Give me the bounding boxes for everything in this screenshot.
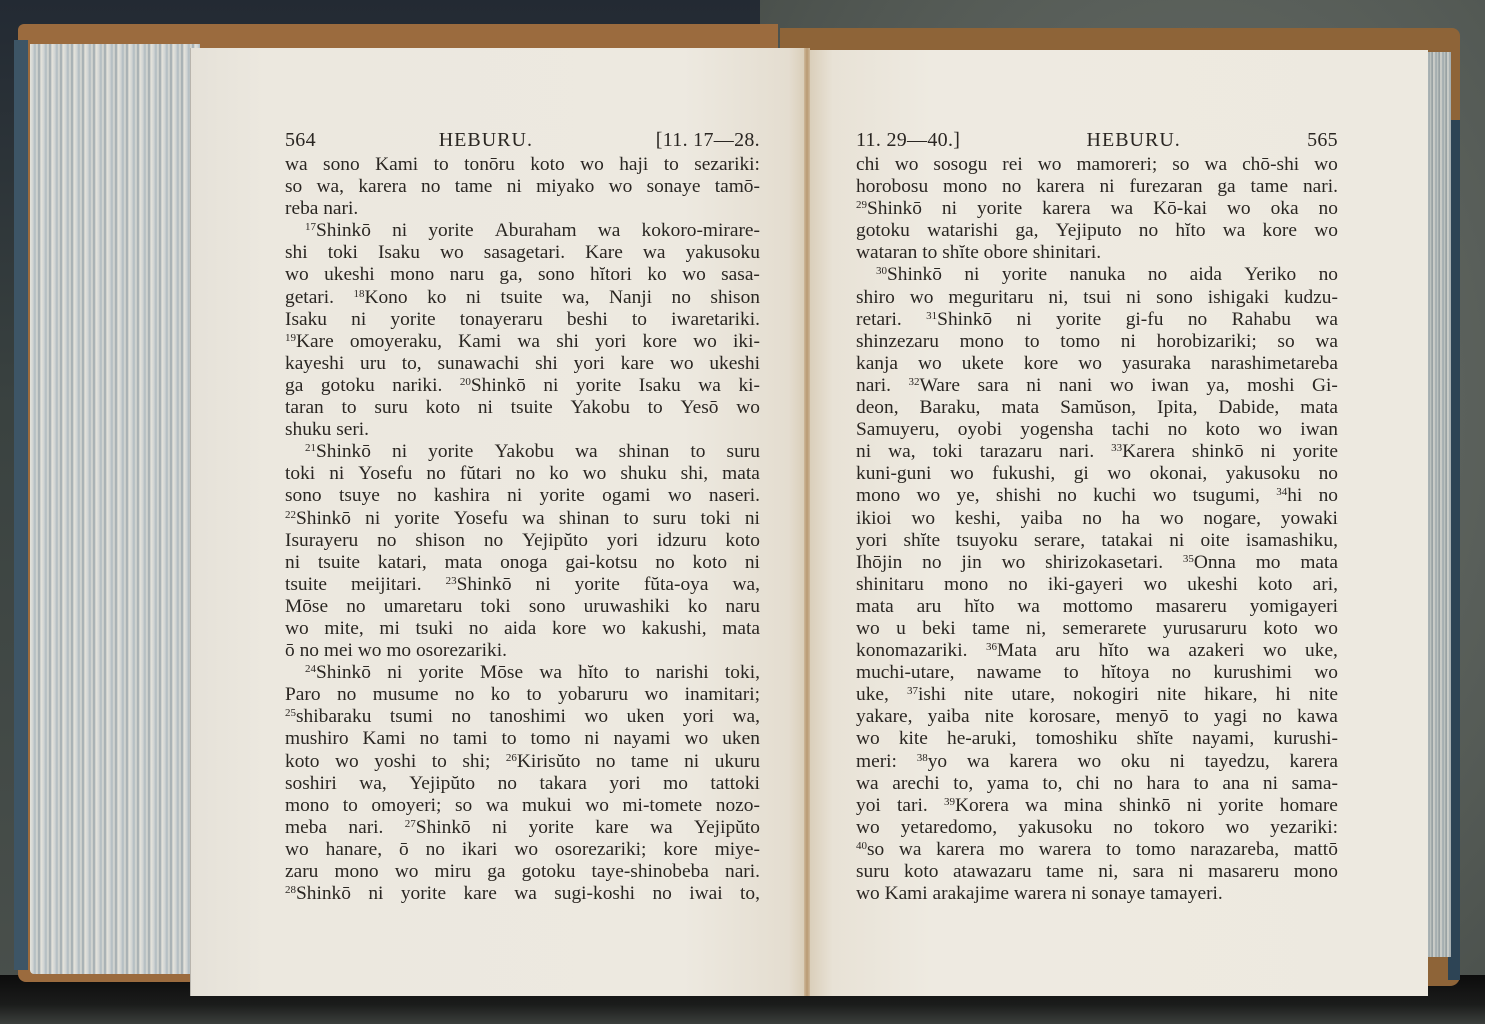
- text-line: gotokuwatarishiga,Yejiputonohĭtowakorewo: [856, 220, 1338, 242]
- text-line: 17ShinkōniyoriteAburahamwakokoro-mirare-: [285, 220, 760, 242]
- text-line: konomazariki.36Mataaruhĭtowaazakeriwouke…: [856, 640, 1338, 662]
- text-line: sowa,kareranotamenimiyakowosonayetamō-: [285, 176, 760, 198]
- verse-number: 35: [1183, 553, 1194, 565]
- text-line: 30ShinkōniyoritenanukanoaidaYerikono: [856, 264, 1338, 286]
- page-number: 565: [1307, 129, 1338, 151]
- text-line: soshiriwa,Yejipŭtonotakarayorimotattoki: [285, 773, 760, 795]
- text-line: nitsuitekatari,mataonogagai-kotsunokoton…: [285, 552, 760, 574]
- verse-number: 40: [856, 840, 867, 852]
- text-line: mushiroKaminotamitotomoninayamiwouken: [285, 728, 760, 750]
- text-line: shinitarumononoiki-gayeriwoukeshikotoari…: [856, 574, 1338, 596]
- running-title: HEBURU.: [1087, 129, 1181, 151]
- text-line: muchi-utare,nawametohĭtoyanokurushimiwo: [856, 662, 1338, 684]
- verse-number: 24: [305, 663, 316, 675]
- text-line: kayeshiuruto,sunawachishiyorikarewoukesh…: [285, 353, 760, 375]
- text-line: wo Kami arakajime warera ni sonaye tamay…: [856, 883, 1338, 905]
- text-line: shirowomeguritaruni,tsuinisonoishigakiku…: [856, 287, 1338, 309]
- text-line: IsurayerunoshisonnoYejipŭtoyoriidzurukot…: [285, 530, 760, 552]
- right-page-header: 11. 29—40.] HEBURU. 565: [856, 129, 1338, 154]
- text-line: meri:38yowakarerawookunitayedzu,karera: [856, 751, 1338, 773]
- right-page-body: chiwososogureiwomamoreri;sowachō-shiwoho…: [856, 154, 1338, 905]
- text-line: yoitari.39Korerawaminashinkōniyoritehoma…: [856, 795, 1338, 817]
- text-line: zarumonowomirugagotokutaye-shinobebanari…: [285, 861, 760, 883]
- left-page-text: 564 HEBURU. [11. 17—28. wasonoKamitotonō…: [285, 129, 760, 905]
- verse-range: [11. 17—28.: [656, 129, 760, 151]
- verse-number: 26: [506, 752, 517, 764]
- text-line: 22ShinkōniyoriteYosefuwashinantosurutoki…: [285, 508, 760, 530]
- text-line: mebanari.27ShinkōniyoritekarewaYejipŭto: [285, 817, 760, 839]
- text-line: Paronomusumenokotoyobaruruwoinamitari;: [285, 684, 760, 706]
- left-page-body: wasonoKamitotonōrukotowohajitosezariki:s…: [285, 154, 760, 905]
- text-line: uke,37ishiniteutare,nokogirinitehikare,h…: [856, 684, 1338, 706]
- page-number: 564: [285, 129, 316, 151]
- cover-edge-left: [14, 40, 28, 970]
- text-line: 24ShinkōniyoriteMōsewahĭtotonarishitoki,: [285, 662, 760, 684]
- verse-number: 27: [405, 818, 416, 830]
- text-line: chiwososogureiwomamoreri;sowachō-shiwo: [856, 154, 1338, 176]
- text-line: shuku seri.: [285, 419, 760, 441]
- left-page-header: 564 HEBURU. [11. 17—28.: [285, 129, 760, 154]
- text-line: woyetaredomo,yakusokunotokorowoyezariki:: [856, 817, 1338, 839]
- text-line: womite,mitsukinoaidakorewokakushi,mata: [285, 618, 760, 640]
- text-line: 21ShinkōniyoriteYakobuwashinantosuru: [285, 441, 760, 463]
- text-line: wataran to shĭte obore shinitari.: [856, 242, 1338, 264]
- text-line: 28Shinkōniyoritekarewasugi-koshinoiwaito…: [285, 883, 760, 905]
- text-line: Ihōjinnojinwoshirizokasetari.35Onnamomat…: [856, 552, 1338, 574]
- verse-number: 37: [907, 685, 918, 697]
- verse-number: 30: [876, 265, 887, 277]
- text-line: deon,Baraku,mataSamŭson,Ipita,Dabide,mat…: [856, 397, 1338, 419]
- text-line: waarechito,yamato,chinoharatoananisama-: [856, 773, 1338, 795]
- text-line: monowoye,shishinokuchiwotsugumi,34hino: [856, 485, 1338, 507]
- verse-number: 21: [305, 442, 316, 454]
- verse-number: 17: [305, 221, 316, 233]
- text-line: woukeshimononaruga,sonohĭtorikowosasa-: [285, 264, 760, 286]
- text-line: kanjawouketekorewoyasurakanarashimetareb…: [856, 353, 1338, 375]
- text-line: ikioiwokeshi,yaibanohawonogare,yowaki: [856, 508, 1338, 530]
- verse-number: 18: [353, 288, 364, 300]
- verse-number: 34: [1276, 486, 1287, 498]
- text-line: Isakuniyoritetonayerarubeshitoiwaretarik…: [285, 309, 760, 331]
- verse-number: 20: [460, 376, 471, 388]
- text-line: wokitehe-aruki,tomoshikushĭtenayami,kuru…: [856, 728, 1338, 750]
- text-line: getari.18Konokonitsuitewa,Nanjinoshison: [285, 287, 760, 309]
- text-line: ō no mei wo mo osorezariki.: [285, 640, 760, 662]
- text-line: 40sowakareramowareratotomonarazareba,mat…: [856, 839, 1338, 861]
- text-line: nari.32Waresaraninaniwoiwanya,moshiGi-: [856, 375, 1338, 397]
- verse-number: 33: [1111, 442, 1122, 454]
- text-line: 19Kareomoyeraku,Kamiwashiyorikorewoiki-: [285, 331, 760, 353]
- text-line: yorishĭtetsuyokuserare,tatakainioiteisam…: [856, 530, 1338, 552]
- book-gutter: [804, 48, 810, 996]
- text-line: Samuyeru,oyobiyogenshatachinokotowoiwan: [856, 419, 1338, 441]
- text-line: gagotokunariki.20ShinkōniyoriteIsakuwaki…: [285, 375, 760, 397]
- text-line: sonotsuyenokashiraniyoriteogamiwonaseri.: [285, 485, 760, 507]
- text-line: tsuitemeijitari.23Shinkōniyoritefŭta-oya…: [285, 574, 760, 596]
- verse-number: 32: [909, 376, 920, 388]
- text-line: wasonoKamitotonōrukotowohajitosezariki:: [285, 154, 760, 176]
- verse-number: 28: [285, 884, 296, 896]
- text-line: retari.31Shinkōniyoritegi-funoRahabuwa: [856, 309, 1338, 331]
- page-edges-left: [30, 44, 200, 974]
- verse-number: 23: [446, 575, 457, 587]
- text-line: horobosumononokareranifurezarangatamenar…: [856, 176, 1338, 198]
- verse-number: 19: [285, 332, 296, 344]
- text-line: kotowoyoshitoshi;26Kirisŭtonotameniukuru: [285, 751, 760, 773]
- verse-number: 38: [917, 752, 928, 764]
- text-line: yakare,yaibanitekorosare,menyōtoyaginoka…: [856, 706, 1338, 728]
- verse-number: 36: [986, 641, 997, 653]
- text-line: tarantosurukotonitsuiteYakobutoYesōwo: [285, 397, 760, 419]
- text-line: 25shibarakutsuminotanoshimiwoukenyoriwa,: [285, 706, 760, 728]
- verse-number: 22: [285, 509, 296, 521]
- text-line: kuni-guniwofukushi,giwookonai,yakusokuno: [856, 463, 1338, 485]
- page-edges-right: [1427, 52, 1451, 957]
- verse-number: 29: [856, 199, 867, 211]
- text-line: tokiniYosefunofŭtarinokowoshukushi,mata: [285, 463, 760, 485]
- text-line: monotoomoyeri;sowamukuiwomi-tometenozo-: [285, 795, 760, 817]
- text-line: niwa,tokitarazarunari.33Karerashinkōniyo…: [856, 441, 1338, 463]
- text-line: shinzezarumonototomonihorobizariki;sowa: [856, 331, 1338, 353]
- verse-number: 31: [926, 310, 937, 322]
- verse-range: 11. 29—40.]: [856, 129, 960, 151]
- text-line: woubekitameni,semerareteyurusarurukotowo: [856, 618, 1338, 640]
- verse-number: 39: [944, 796, 955, 808]
- text-line: shitokiIsakuwosasagetari.Karewayakusoku: [285, 242, 760, 264]
- verse-number: 25: [285, 707, 296, 719]
- text-line: wohanare,ōnoikariwoosorezariki;koremiye-: [285, 839, 760, 861]
- text-line: mataaruhĭtowamottomomasareruyomigayeri: [856, 596, 1338, 618]
- running-title: HEBURU.: [439, 129, 533, 151]
- text-line: 29ShinkōniyoritekarerawaKō-kaiwookano: [856, 198, 1338, 220]
- text-line: Mōsenoumaretarutokisonouruwashikikonaru: [285, 596, 760, 618]
- right-page-text: 11. 29—40.] HEBURU. 565 chiwososogureiwo…: [856, 129, 1338, 905]
- text-line: surukotoatawazarutameni,saranimasarerumo…: [856, 861, 1338, 883]
- text-line: reba nari.: [285, 198, 760, 220]
